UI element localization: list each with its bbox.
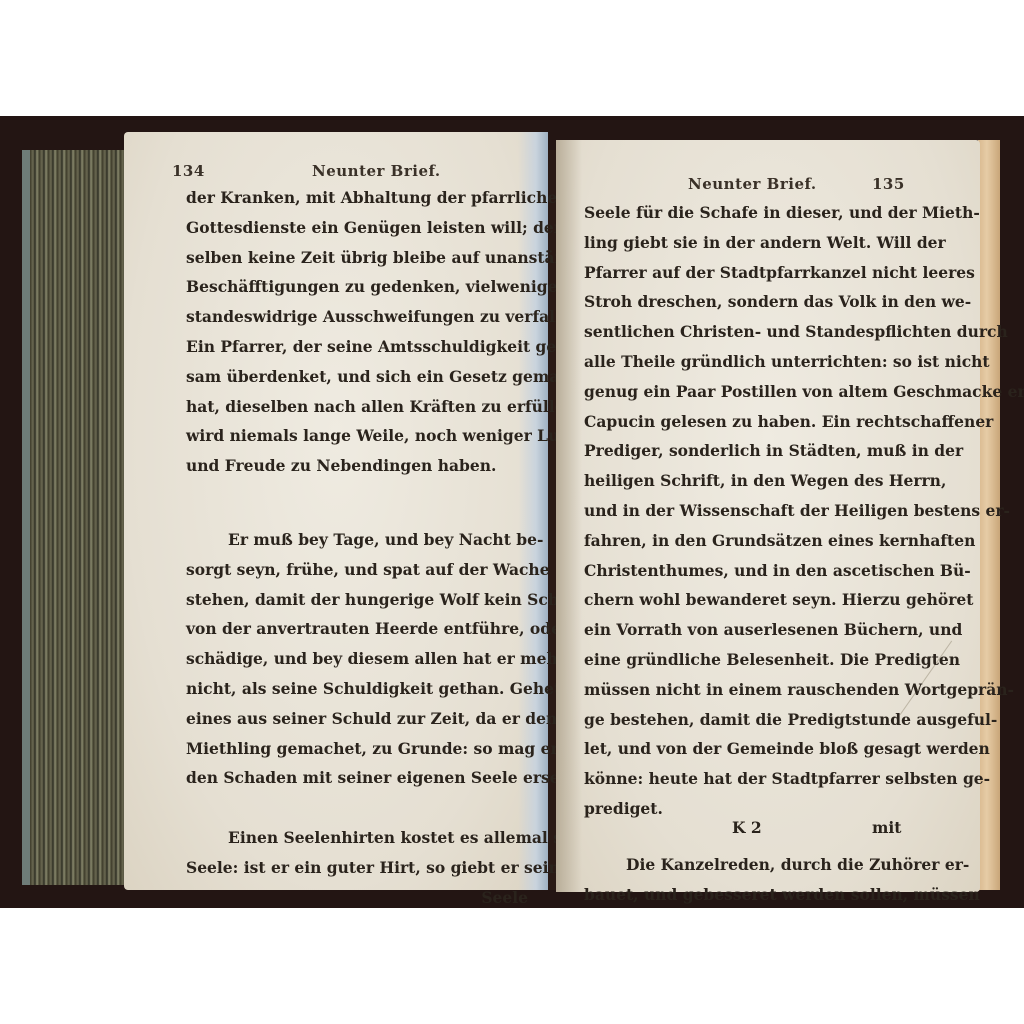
text-line: Christenthumes, und in den ascetischen B… (584, 556, 906, 586)
text-line: let, und von der Gemeinde bloß gesagt we… (584, 734, 906, 764)
text-line: Einen Seelenhirten kostet es allemal sei… (186, 823, 528, 853)
text-line: Die Kanzelreden, durch die Zuhörer er- (584, 850, 906, 880)
text-line: eine gründliche Belesenheit. Die Predigt… (584, 645, 906, 675)
text-line: der Kranken, mit Abhaltung der pfarrlich… (186, 183, 528, 213)
text-line: heiligen Schrift, in den Wegen des Herrn… (584, 466, 906, 496)
text-line: Gottesdienste ein Genügen leisten will; … (186, 213, 528, 243)
text-line: standeswidrige Ausschweifungen zu verfal… (186, 302, 528, 332)
text-line: fahren, in den Grundsätzen eines kernhaf… (584, 526, 906, 556)
text-line: den Schaden mit seiner eigenen Seele ers… (186, 763, 528, 793)
text-line: stehen, damit der hungerige Wolf kein Sc… (186, 585, 528, 615)
text-line: Seele: ist er ein guter Hirt, so giebt e… (186, 853, 528, 883)
left-running-head: Neunter Brief. (312, 162, 441, 180)
catchword: Seele (186, 883, 528, 913)
text-line: alle Theile gründlich unterrichten: so i… (584, 347, 906, 377)
text-line: Er muß bey Tage, und bey Nacht be- (186, 525, 528, 555)
left-page-number: 134 (172, 162, 205, 180)
right-running-head: Neunter Brief. (688, 175, 817, 193)
text-line: Ein Pfarrer, der seine Amtsschuldigkeit … (186, 332, 528, 362)
text-line: sentlichen Christen- und Standespflichte… (584, 317, 906, 347)
right-page-number: 135 (872, 175, 905, 193)
text-line: nicht, als seine Schuldigkeit gethan. Ge… (186, 674, 528, 704)
right-page-gutter (556, 140, 582, 892)
text-line: schädige, und bey diesem allen hat er me… (186, 644, 528, 674)
text-line: Beschäfftigungen zu gedenken, vielwenige… (186, 272, 528, 302)
text-line: ling giebt sie in der andern Welt. Will … (584, 228, 906, 258)
text-line: von der anvertrauten Heerde entführe, od… (186, 614, 528, 644)
text-line: bauet, und gebesseret werden sollen, müs… (584, 880, 906, 910)
text-line: ein Vorrath von auserlesenen Büchern, un… (584, 615, 906, 645)
catchword: mit (872, 818, 901, 837)
text-line: eines aus seiner Schuld zur Zeit, da er … (186, 704, 528, 734)
right-page-body: Seele für die Schafe in dieser, und der … (584, 198, 906, 909)
text-line: müssen nicht in einem rauschenden Wortge… (584, 675, 906, 705)
text-line: Miethling gemachet, zu Grunde: so mag er (186, 734, 528, 764)
book-page-edges-left (22, 150, 134, 885)
text-line: Prediger, sonderlich in Städten, muß in … (584, 436, 906, 466)
text-line: hat, dieselben nach allen Kräften zu erf… (186, 392, 528, 422)
text-line: selben keine Zeit übrig bleibe auf unans… (186, 243, 528, 273)
text-line: sam überdenket, und sich ein Gesetz gema… (186, 362, 528, 392)
text-line: genug ein Paar Postillen von altem Gesch… (584, 377, 906, 407)
text-line: Capucin gelesen zu haben. Ein rechtschaf… (584, 407, 906, 437)
text-line: und Freude zu Nebendingen haben. (186, 451, 528, 481)
text-line: Seele für die Schafe in dieser, und der … (584, 198, 906, 228)
text-line: könne: heute hat der Stadtpfarrer selbst… (584, 764, 906, 794)
left-page-body: der Kranken, mit Abhaltung der pfarrlich… (186, 183, 528, 913)
signature-mark: K 2 (732, 818, 762, 837)
text-line: sorgt seyn, frühe, und spat auf der Wach… (186, 555, 528, 585)
text-line: ge bestehen, damit die Predigtstunde aus… (584, 705, 906, 735)
text-line: wird niemals lange Weile, noch weniger L… (186, 421, 528, 451)
text-line: chern wohl bewanderet seyn. Hierzu gehör… (584, 585, 906, 615)
text-line: Pfarrer auf der Stadtpfarrkanzel nicht l… (584, 258, 906, 288)
text-line: und in der Wissenschaft der Heiligen bes… (584, 496, 906, 526)
text-line: Stroh dreschen, sondern das Volk in den … (584, 287, 906, 317)
